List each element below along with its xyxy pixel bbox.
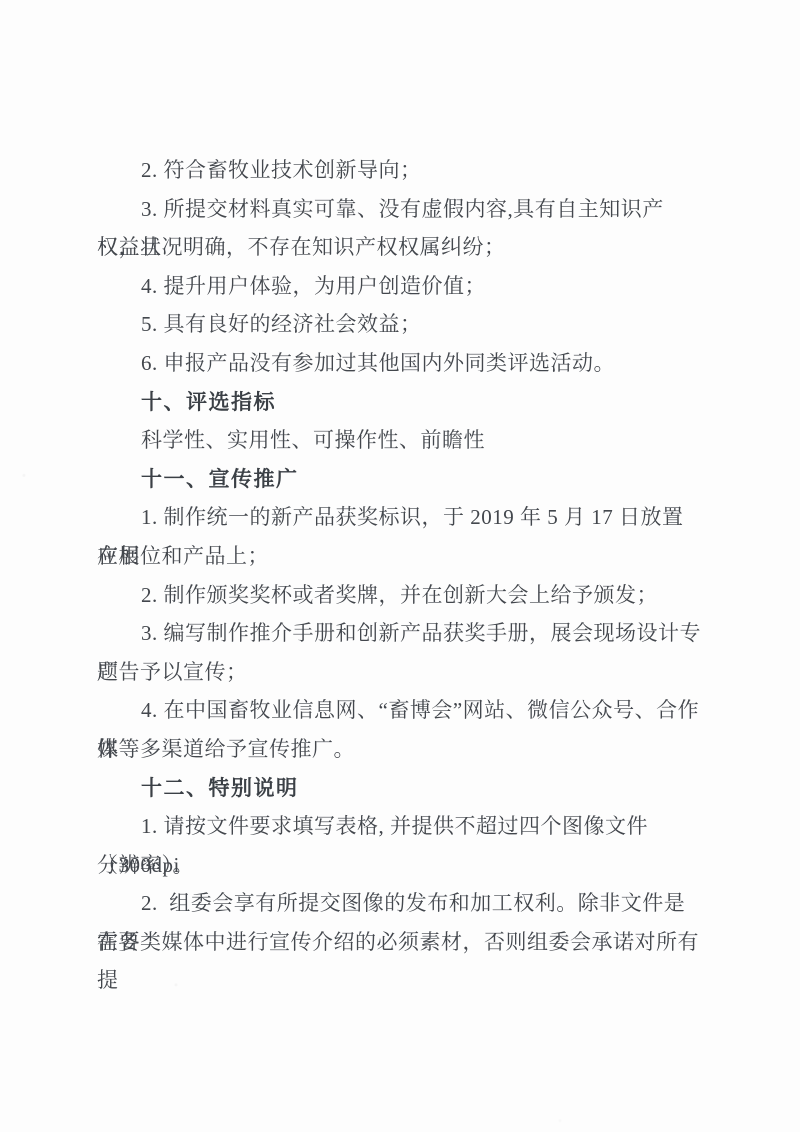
text-line: 1. 请按文件要求填写表格, 并提供不超过四个图像文件（300dpi xyxy=(97,807,703,846)
text-line: 应展位和产品上； xyxy=(97,537,703,576)
document-text-content: 2. 符合畜牧业技术创新导向；3. 所提交材料真实可靠、没有虚假内容,具有自主知… xyxy=(97,151,703,961)
text-line: 4. 提升用户体验，为用户创造价值； xyxy=(97,267,703,306)
text-line: 2. 符合畜牧业技术创新导向； xyxy=(97,151,703,190)
text-line: 2. 制作颁奖奖杯或者奖牌，并在创新大会上给予颁发； xyxy=(97,576,703,615)
text-line: 5. 具有良好的经济社会效益； xyxy=(97,305,703,344)
text-line: 6. 申报产品没有参加过其他国内外同类评选活动。 xyxy=(97,344,703,383)
scanned-document-page: 2. 符合畜牧业技术创新导向；3. 所提交材料真实可靠、没有虚假内容,具有自主知… xyxy=(0,0,800,1132)
text-line: 在各类媒体中进行宣传介绍的必须素材，否则组委会承诺对所有提 xyxy=(97,923,703,962)
text-line: 4. 在中国畜牧业信息网、“畜博会”网站、微信公众号、合作媒 xyxy=(97,691,703,730)
text-line: 2. 组委会享有所提交图像的发布和加工权利。除非文件是需要 xyxy=(97,884,703,923)
text-line: 3. 所提交材料真实可靠、没有虚假内容,具有自主知识产权，且 xyxy=(97,190,703,229)
section-heading: 十、评选指标 xyxy=(97,383,703,422)
text-line: 1. 制作统一的新产品获奖标识，于 2019 年 5 月 17 日放置在相 xyxy=(97,498,703,537)
text-line: 权益状况明确，不存在知识产权权属纠纷； xyxy=(97,228,703,267)
text-line: 体等多渠道给予宣传推广。 xyxy=(97,730,703,769)
text-line: 分辨率）。 xyxy=(97,846,703,885)
text-line: 广告予以宣传； xyxy=(97,653,703,692)
text-line: 科学性、实用性、可操作性、前瞻性 xyxy=(97,421,703,460)
section-heading: 十二、特别说明 xyxy=(97,769,703,808)
section-heading: 十一、宣传推广 xyxy=(97,460,703,499)
text-line: 3. 编写制作推介手册和创新产品获奖手册，展会现场设计专题 xyxy=(97,614,703,653)
